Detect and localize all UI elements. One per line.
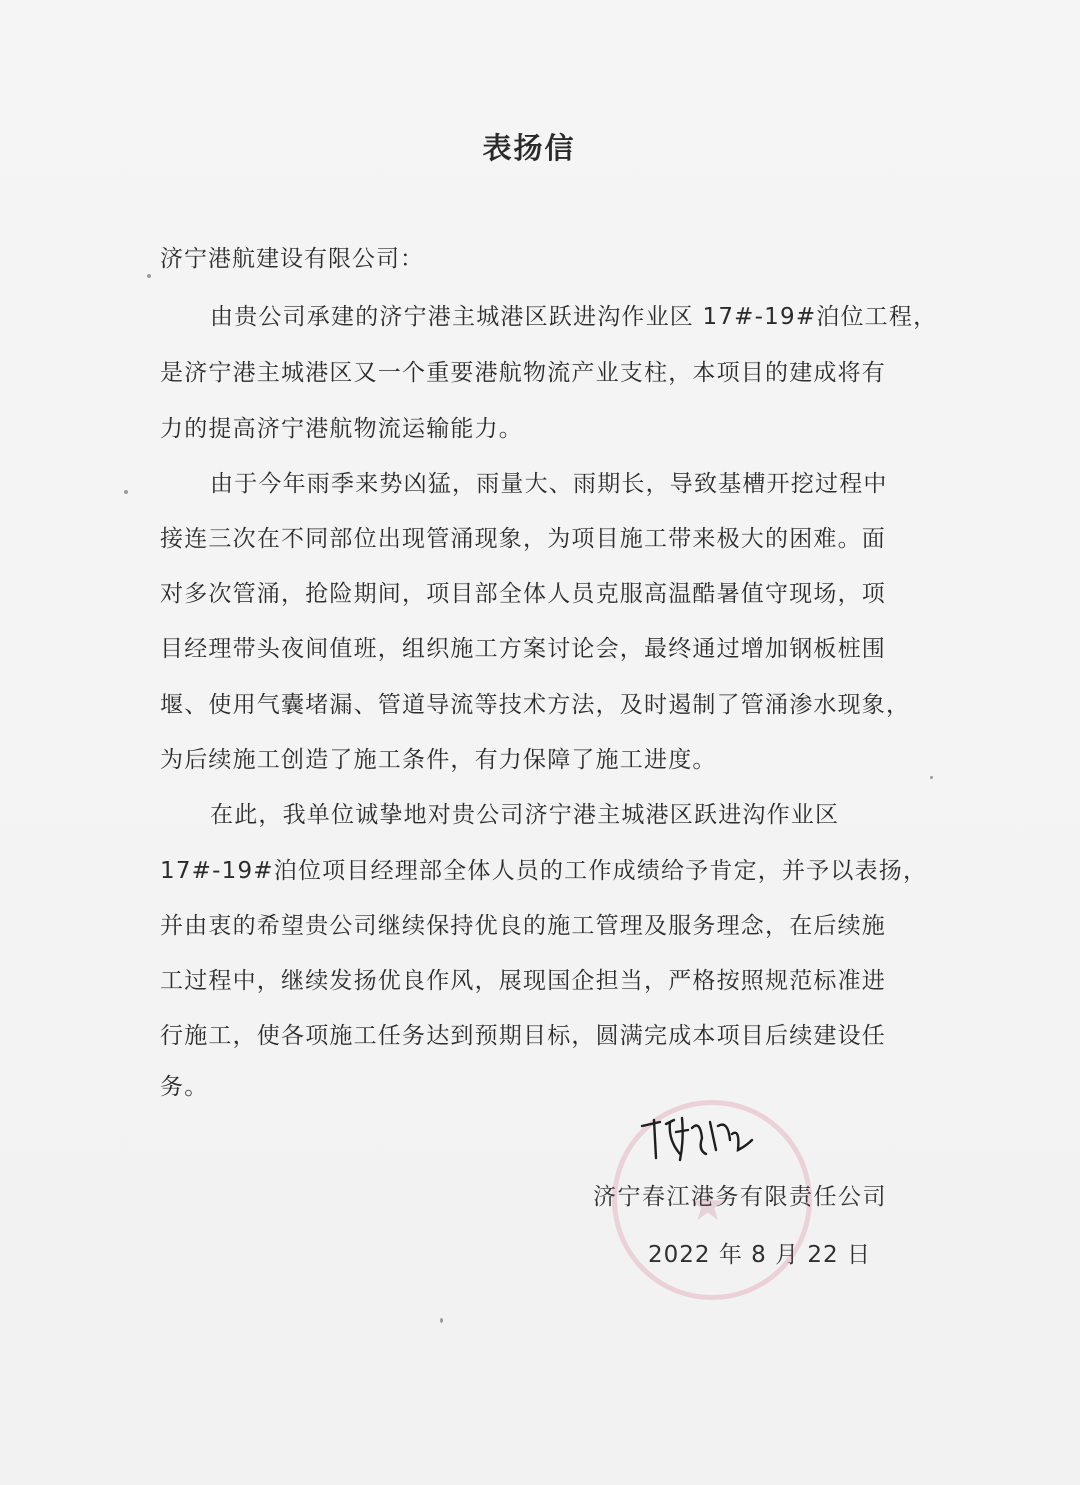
paragraph-3-line-4: 工过程中，继续发扬优良作风，展现国企担当，严格按照规范标准进 bbox=[160, 962, 886, 995]
paragraph-2-line-1: 由于今年雨季来势凶猛，雨量大、雨期长，导致基槽开挖过程中 bbox=[210, 465, 888, 498]
paragraph-2-line-4: 目经理带头夜间值班，组织施工方案讨论会，最终通过增加钢板桩围 bbox=[160, 630, 886, 663]
paragraph-2-line-6: 为后续施工创造了施工条件，有力保障了施工进度。 bbox=[160, 741, 717, 774]
scan-speck bbox=[440, 1318, 443, 1323]
paragraph-2-line-2: 接连三次在不同部位出现管涌现象，为项目施工带来极大的困难。面 bbox=[160, 520, 886, 553]
scan-speck bbox=[124, 490, 128, 494]
paragraph-3-line-6: 务。 bbox=[160, 1068, 208, 1101]
paragraph-3-line-2: 17#-19#泊位项目经理部全体人员的工作成绩给予肯定，并予以表扬， bbox=[160, 852, 927, 885]
paragraph-3-line-1: 在此，我单位诚挚地对贵公司济宁港主城港区跃进沟作业区 bbox=[210, 796, 839, 829]
letter-page: 表扬信 济宁港航建设有限公司： 由贵公司承建的济宁港主城港区跃进沟作业区 17#… bbox=[0, 0, 1080, 1485]
paragraph-3-line-3: 并由衷的希望贵公司继续保持优良的施工管理及服务理念，在后续施 bbox=[160, 907, 886, 940]
handwritten-signature bbox=[640, 1110, 760, 1170]
salutation: 济宁港航建设有限公司： bbox=[160, 240, 424, 273]
scan-speck bbox=[147, 274, 151, 278]
issuer-company: 济宁春江港务有限责任公司 bbox=[593, 1178, 887, 1211]
issue-date: 2022 年 8 月 22 日 bbox=[648, 1236, 871, 1269]
paragraph-1-line-1: 由贵公司承建的济宁港主城港区跃进沟作业区 17#-19#泊位工程， bbox=[210, 298, 937, 331]
paragraph-1-line-2: 是济宁港主城港区又一个重要港航物流产业支柱，本项目的建成将有 bbox=[160, 354, 886, 387]
scan-speck bbox=[930, 776, 933, 779]
paragraph-2-line-5: 堰、使用气囊堵漏、管道导流等技术方法，及时遏制了管涌渗水现象， bbox=[160, 686, 910, 719]
document-title: 表扬信 bbox=[0, 126, 1058, 167]
paragraph-1-line-3: 力的提高济宁港航物流运输能力。 bbox=[160, 410, 523, 443]
paragraph-3-line-5: 行施工，使各项施工任务达到预期目标，圆满完成本项目后续建设任 bbox=[160, 1017, 886, 1050]
paragraph-2-line-3: 对多次管涌，抢险期间，项目部全体人员克服高温酷暑值守现场，项 bbox=[160, 575, 886, 608]
